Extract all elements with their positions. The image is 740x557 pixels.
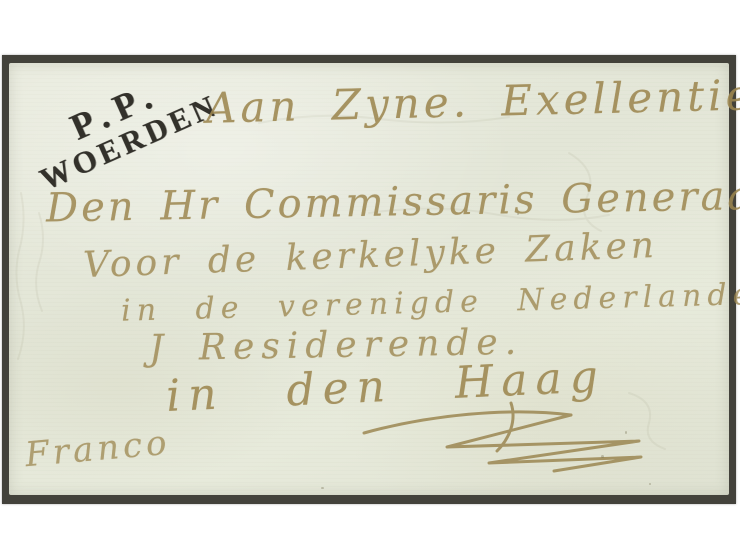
- address-line-3: Voor de kerkelyke Zaken: [82, 225, 658, 286]
- paper-speck: [649, 483, 651, 485]
- paper-speck: [517, 213, 519, 215]
- paper-speck: [601, 455, 604, 458]
- paper-speck: [321, 487, 324, 489]
- screenshot-root: P.P. WOERDEN Aan Zyne. Exellentie Den Hr…: [0, 0, 740, 557]
- franco-notation: Franco: [24, 423, 172, 476]
- address-line-1: Aan Zyne. Exellentie: [205, 70, 740, 132]
- paper-speck: [625, 431, 627, 434]
- letter-paper: P.P. WOERDEN Aan Zyne. Exellentie Den Hr…: [9, 63, 729, 495]
- address-line-2: Den Hr Commissaris Generaal.: [46, 173, 740, 232]
- cover-photo: P.P. WOERDEN Aan Zyne. Exellentie Den Hr…: [2, 55, 736, 504]
- address-line-4: in de verenigde Nederlanden: [121, 276, 740, 328]
- flourish-paraph: [339, 401, 669, 491]
